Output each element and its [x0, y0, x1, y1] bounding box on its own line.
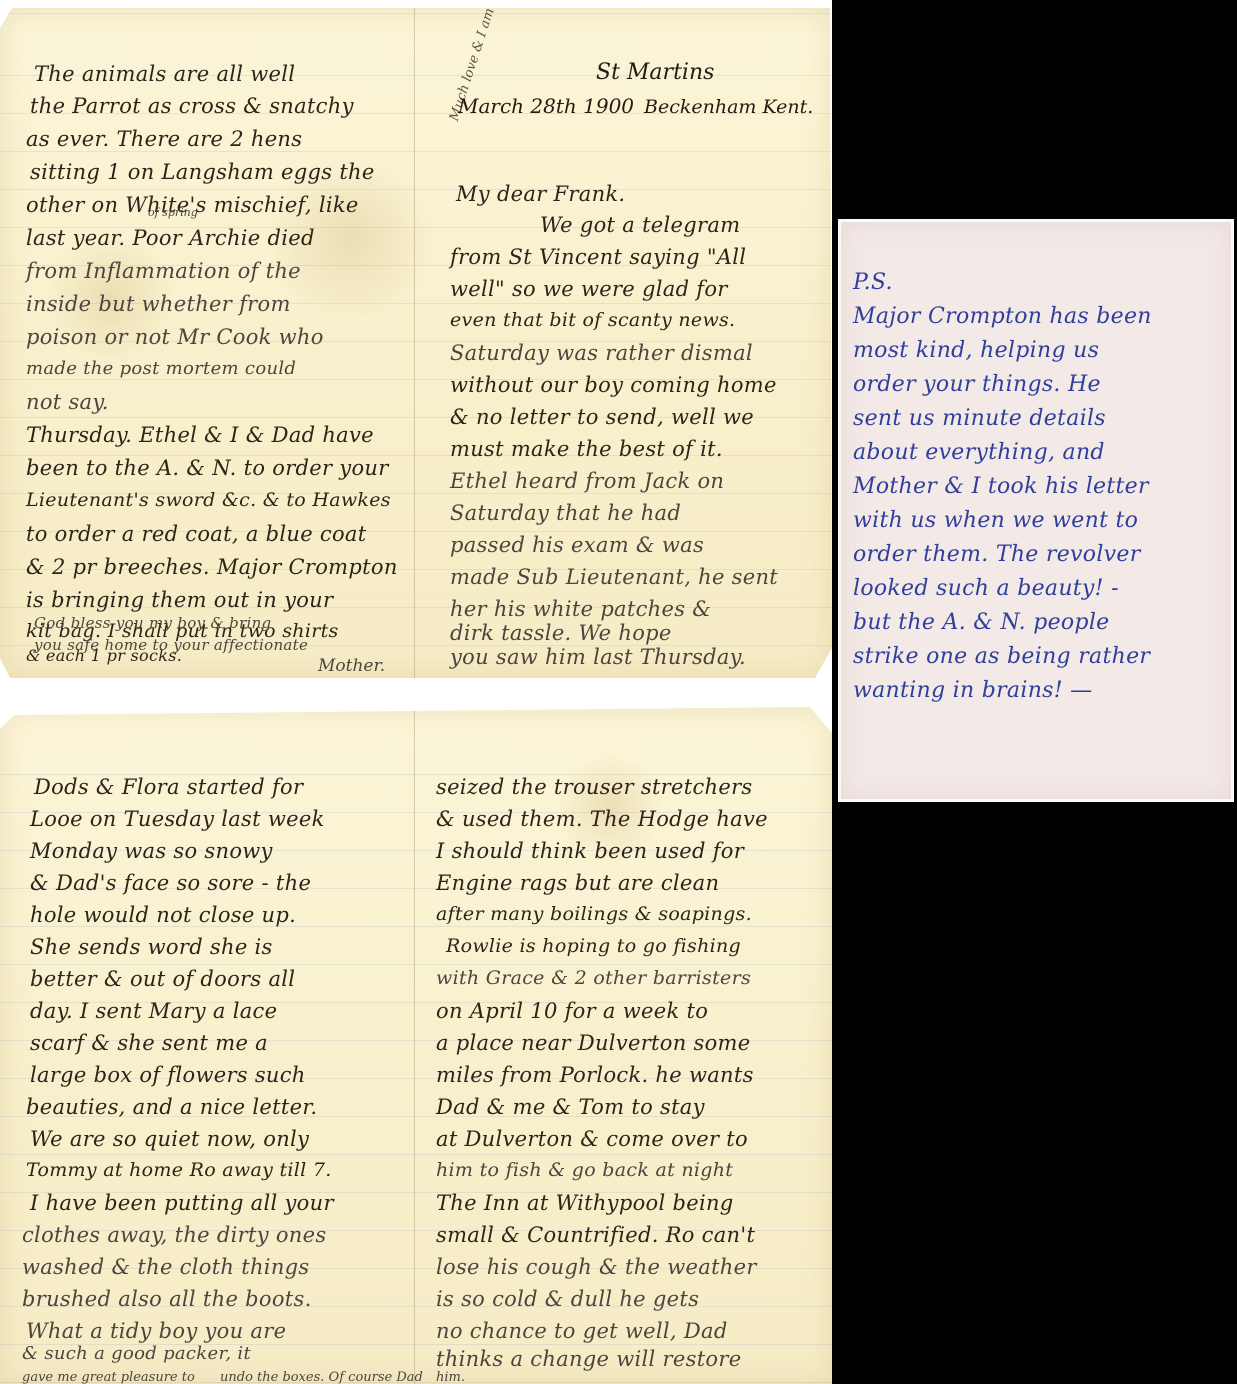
letter-line: been to the A. & N. to order your: [26, 456, 389, 480]
letter-line: gave me great pleasure to: [22, 1370, 195, 1384]
ps-card: P.S. Major Crompton has been most kind, …: [838, 219, 1234, 802]
letter-line: hole would not close up.: [30, 903, 296, 927]
letter-line: The animals are all well: [34, 62, 295, 86]
letter-line: Dad & me & Tom to stay: [436, 1095, 705, 1119]
ps-line: Mother & I took his letter: [853, 474, 1149, 499]
letter-line: you saw him last Thursday.: [450, 645, 746, 669]
letter-line: & Dad's face so sore - the: [30, 871, 311, 895]
letter-line: & such a good packer, it: [22, 1343, 251, 1364]
letter-line: dirk tassle. We hope: [450, 621, 672, 645]
letter-line: scarf & she sent me a: [30, 1031, 268, 1055]
letter-line: Thursday. Ethel & I & Dad have: [26, 423, 374, 447]
letter-line: to order a red coat, a blue coat: [26, 522, 366, 546]
letter-line: from Inflammation of the: [26, 259, 301, 283]
letter-line: Rowlie is hoping to go fishing: [446, 935, 741, 957]
closing-line: God bless you my boy & bring: [34, 614, 271, 632]
letter-line: inside but whether from: [26, 292, 291, 316]
letter-line: poison or not Mr Cook who: [26, 325, 324, 349]
letter-line: her his white patches &: [450, 597, 711, 621]
ps-line: sent us minute details: [853, 406, 1106, 431]
letter-line: & used them. The Hodge have: [436, 807, 768, 831]
letter-date: March 28th 1900: [458, 94, 634, 118]
letter-line: lose his cough & the weather: [436, 1255, 757, 1279]
letter-line: even that bit of scanty news.: [450, 309, 735, 331]
letter-line: him.: [436, 1370, 465, 1384]
letter-line: is bringing them out in your: [26, 588, 333, 612]
letter-line: must make the best of it.: [450, 437, 723, 461]
letter-line: sitting 1 on Langsham eggs the: [30, 160, 375, 184]
letter-line: after many boilings & soapings.: [436, 903, 752, 925]
letter-line: brushed also all the boots.: [22, 1287, 312, 1311]
letter-line: not say.: [26, 390, 109, 414]
letter-line: Dods & Flora started for: [34, 775, 303, 799]
letter-line: beauties, and a nice letter.: [26, 1095, 317, 1119]
letter-line: at Dulverton & come over to: [436, 1127, 748, 1151]
letter-line: undo the boxes. Of course Dad: [220, 1370, 423, 1384]
salutation: My dear Frank.: [456, 182, 625, 206]
signature: Mother.: [318, 656, 385, 676]
ps-line: Major Crompton has been: [853, 304, 1152, 329]
ps-line: order your things. He: [853, 372, 1101, 397]
letter-line: seized the trouser stretchers: [436, 775, 753, 799]
letter-line: passed his exam & was: [450, 533, 704, 557]
letter-line: a place near Dulverton some: [436, 1031, 750, 1055]
letter-line: We are so quiet now, only: [30, 1127, 309, 1151]
letter-line: last year. Poor Archie died: [26, 226, 315, 250]
ps-line: most kind, helping us: [853, 338, 1099, 363]
letter-line: better & out of doors all: [30, 967, 295, 991]
letter-line: Lieutenant's sword &c. & to Hawkes: [26, 489, 391, 511]
fold-crease: [414, 8, 415, 678]
letter-line: clothes away, the dirty ones: [22, 1223, 326, 1247]
letter-line: washed & the cloth things: [22, 1255, 309, 1279]
top-right-page: Much love & I am longing to see you St M…: [416, 8, 816, 678]
ps-line: about everything, and: [853, 440, 1105, 465]
letter-line: We got a telegram: [540, 213, 740, 237]
fold-crease: [414, 707, 415, 1384]
letter-line: miles from Porlock. he wants: [436, 1063, 754, 1087]
letter-line: made the post mortem could: [26, 358, 296, 379]
ps-line: but the A. & N. people: [853, 610, 1109, 635]
ps-line: wanting in brains! —: [853, 678, 1092, 703]
ps-heading: P.S.: [853, 270, 893, 295]
letter-line: large box of flowers such: [30, 1063, 306, 1087]
letter-line: I have been putting all your: [30, 1191, 334, 1215]
letter-line: no chance to get well, Dad: [436, 1319, 728, 1343]
letter-line: day. I sent Mary a lace: [30, 999, 277, 1023]
letter-line: She sends word she is: [30, 935, 273, 959]
letter-line: is so cold & dull he gets: [436, 1287, 699, 1311]
address-line-2: Beckenham Kent.: [644, 96, 813, 118]
ps-line: strike one as being rather: [853, 644, 1150, 669]
letter-line: Looe on Tuesday last week: [30, 807, 325, 831]
letter-line: What a tidy boy you are: [26, 1319, 286, 1343]
letter-line: Monday was so snowy: [30, 839, 273, 863]
letter-line: Saturday that he had: [450, 501, 681, 525]
ps-line: order them. The revolver: [853, 542, 1141, 567]
letter-line: as ever. There are 2 hens: [26, 127, 302, 151]
letter-sheet-bottom: Dods & Flora started for Looe on Tuesday…: [0, 707, 832, 1384]
bottom-left-page: Dods & Flora started for Looe on Tuesday…: [0, 707, 400, 1384]
letter-line: Engine rags but are clean: [436, 871, 719, 895]
letter-line: I should think been used for: [436, 839, 744, 863]
letter-line: Tommy at home Ro away till 7.: [26, 1159, 332, 1181]
ps-line: with us when we went to: [853, 508, 1138, 533]
letter-sheet-top: The animals are all well the Parrot as c…: [0, 8, 832, 678]
letter-line: without our boy coming home: [450, 373, 777, 397]
bottom-right-page: seized the trouser stretchers & used the…: [416, 707, 816, 1384]
top-left-page: The animals are all well the Parrot as c…: [0, 8, 400, 678]
letter-line: from St Vincent saying "All: [450, 245, 746, 269]
ps-line: looked such a beauty! -: [853, 576, 1119, 601]
letter-line: on April 10 for a week to: [436, 999, 708, 1023]
letter-line: & 2 pr breeches. Major Crompton: [26, 555, 398, 579]
letter-line: Saturday was rather dismal: [450, 341, 753, 365]
interlinear-note: of spring: [148, 206, 198, 219]
letter-line: the Parrot as cross & snatchy: [30, 94, 354, 118]
closing-line: you safe home to your affectionate: [34, 636, 308, 654]
letter-line: well" so we were glad for: [450, 277, 728, 301]
letter-line: small & Countrified. Ro can't: [436, 1223, 755, 1247]
letter-line: & no letter to send, well we: [450, 405, 754, 429]
letter-line: made Sub Lieutenant, he sent: [450, 565, 778, 589]
address-line-1: St Martins: [596, 60, 714, 85]
letter-line: him to fish & go back at night: [436, 1159, 733, 1181]
letter-line: Ethel heard from Jack on: [450, 469, 724, 493]
letter-line: thinks a change will restore: [436, 1347, 741, 1371]
letter-line: The Inn at Withypool being: [436, 1191, 734, 1215]
letter-line: with Grace & 2 other barristers: [436, 967, 751, 989]
